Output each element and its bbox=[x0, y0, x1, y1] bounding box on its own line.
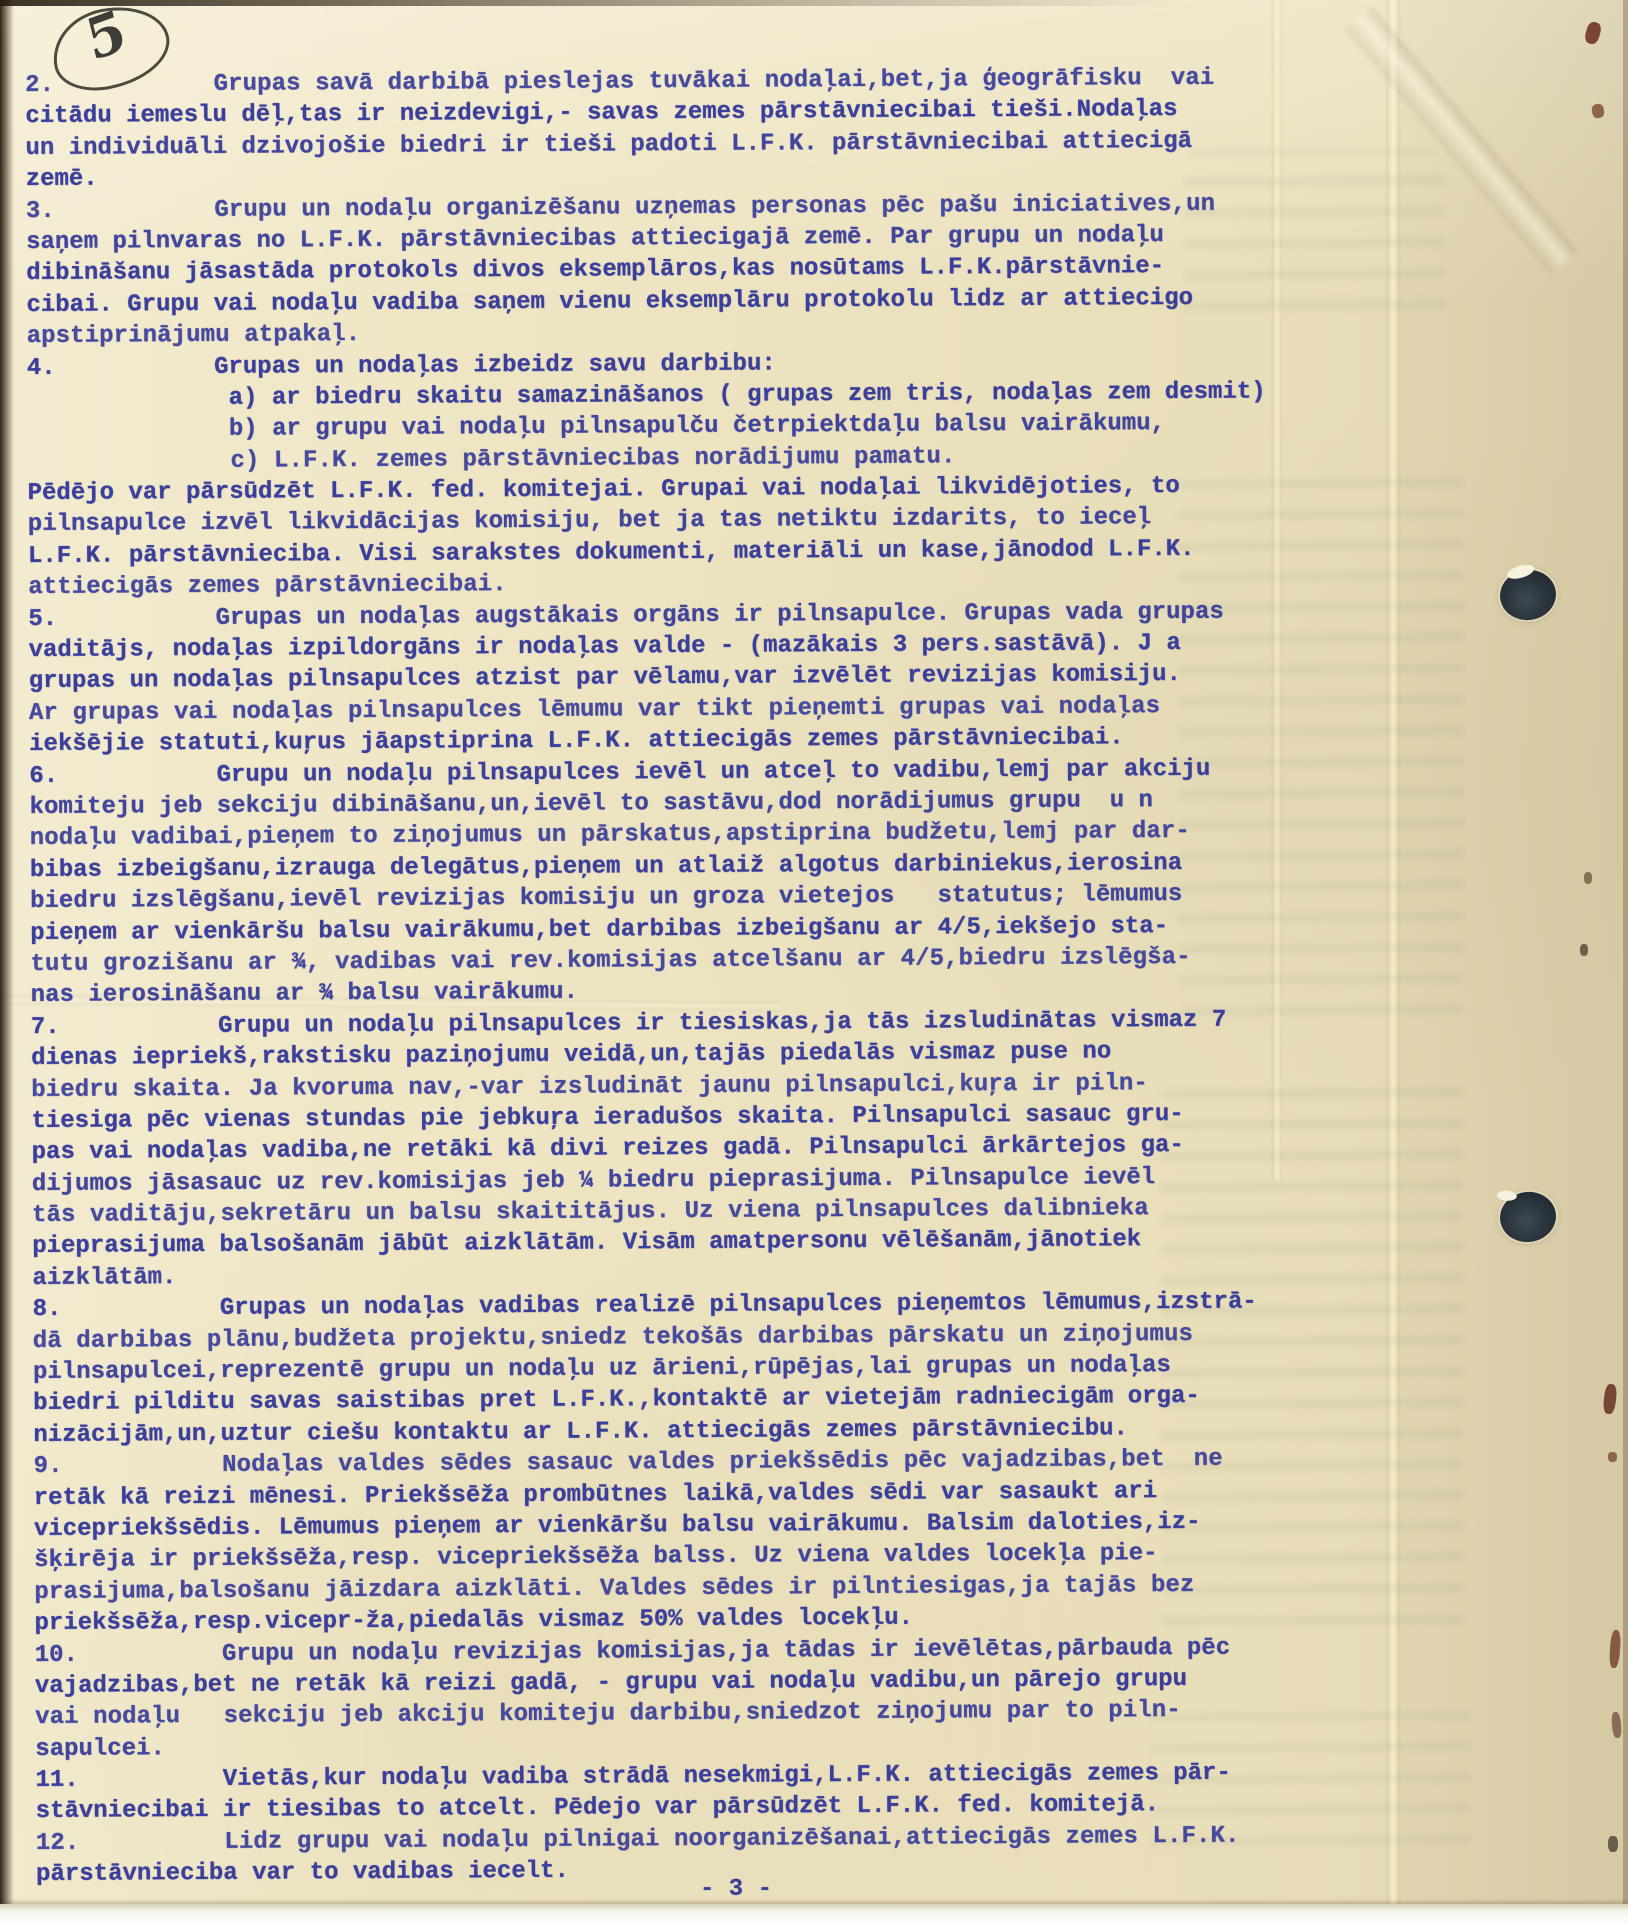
edge-speck bbox=[1608, 1836, 1618, 1852]
document-page: 2. Grupas savā darbibā pieslejas tuvākai… bbox=[0, 0, 1628, 1924]
handwritten-page-mark: 5 bbox=[81, 2, 131, 70]
edge-speck bbox=[1584, 872, 1592, 884]
scan-edge-right bbox=[1623, 0, 1628, 1924]
edge-speck bbox=[1580, 944, 1588, 956]
typed-text-block: 2. Grupas savā darbibā pieslejas tuvākai… bbox=[25, 62, 1275, 1890]
scan-edge-left bbox=[0, 0, 14, 1906]
scan-edge-top bbox=[0, 0, 1180, 6]
edge-speck bbox=[1608, 1452, 1617, 1462]
page-number: - 3 - bbox=[700, 1874, 772, 1905]
scan-edge-bottom bbox=[0, 1904, 1628, 1924]
